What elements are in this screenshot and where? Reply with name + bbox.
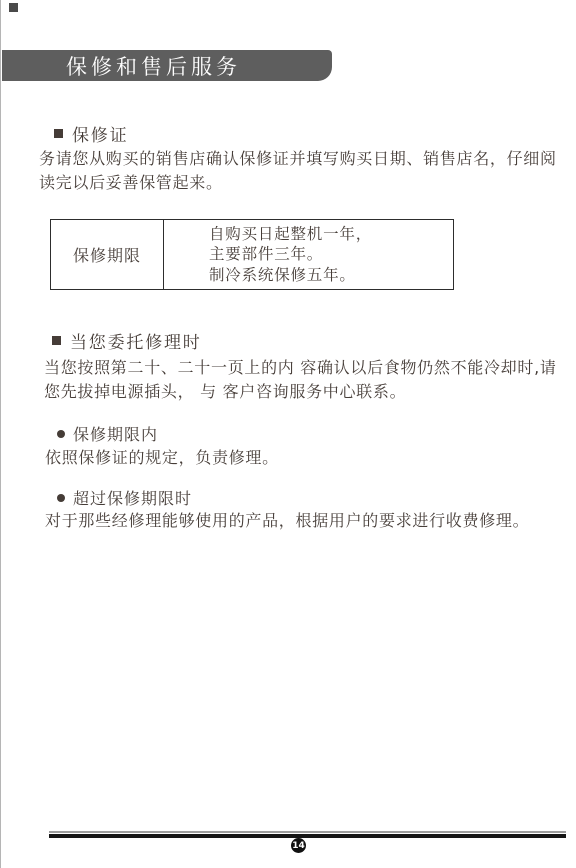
warranty-cert-heading-label: 保修证	[72, 121, 128, 146]
page-number: 14	[292, 841, 305, 851]
square-bullet-icon	[52, 336, 61, 345]
section-header-bar: 保修和售后服务	[2, 50, 332, 81]
warranty-period-table: 保修期限 自购买日起整机一年， 主要部件三年。 制冷系统保修五年。	[50, 219, 454, 290]
within-warranty-heading-label: 保修期限内	[73, 422, 158, 445]
circle-bullet-icon	[57, 494, 65, 502]
circle-bullet-icon	[57, 430, 65, 438]
manual-page: 保修和售后服务 保修证 务请您从购买的销售店确认保修证并填写购买日期、销售店名，…	[0, 0, 576, 868]
warranty-period-label-cell: 保修期限	[51, 220, 164, 289]
repair-request-paragraph: 当您按照第二十、二十一页上的内 容确认以后食物仍然不能冷却时,请 您先拔掉电源插…	[44, 356, 572, 404]
warranty-period-value-cell: 自购买日起整机一年， 主要部件三年。 制冷系统保修五年。	[164, 220, 453, 289]
page-left-edge-line	[0, 0, 1, 868]
square-bullet-icon	[54, 129, 63, 138]
page-title: 保修和售后服务	[66, 51, 241, 81]
footer-rule	[49, 831, 566, 838]
warranty-cert-paragraph: 务请您从购买的销售店确认保修证并填写购买日期、销售店名，仔细阅 读完以后妥善保管…	[39, 147, 569, 195]
page-number-badge: 14	[291, 838, 306, 853]
within-warranty-paragraph: 依照保修证的规定，负责修理。	[45, 446, 565, 470]
beyond-warranty-heading: 超过保修期限时	[57, 486, 192, 509]
beyond-warranty-paragraph: 对于那些经修理能够使用的产品，根据用户的要求进行收费修理。	[45, 509, 567, 533]
repair-request-heading-label: 当您委托修理时	[70, 328, 202, 353]
beyond-warranty-heading-label: 超过保修期限时	[73, 486, 192, 509]
within-warranty-heading: 保修期限内	[57, 422, 158, 445]
corner-mark-square	[9, 3, 18, 12]
warranty-cert-heading: 保修证	[54, 121, 128, 146]
repair-request-heading: 当您委托修理时	[52, 328, 202, 353]
